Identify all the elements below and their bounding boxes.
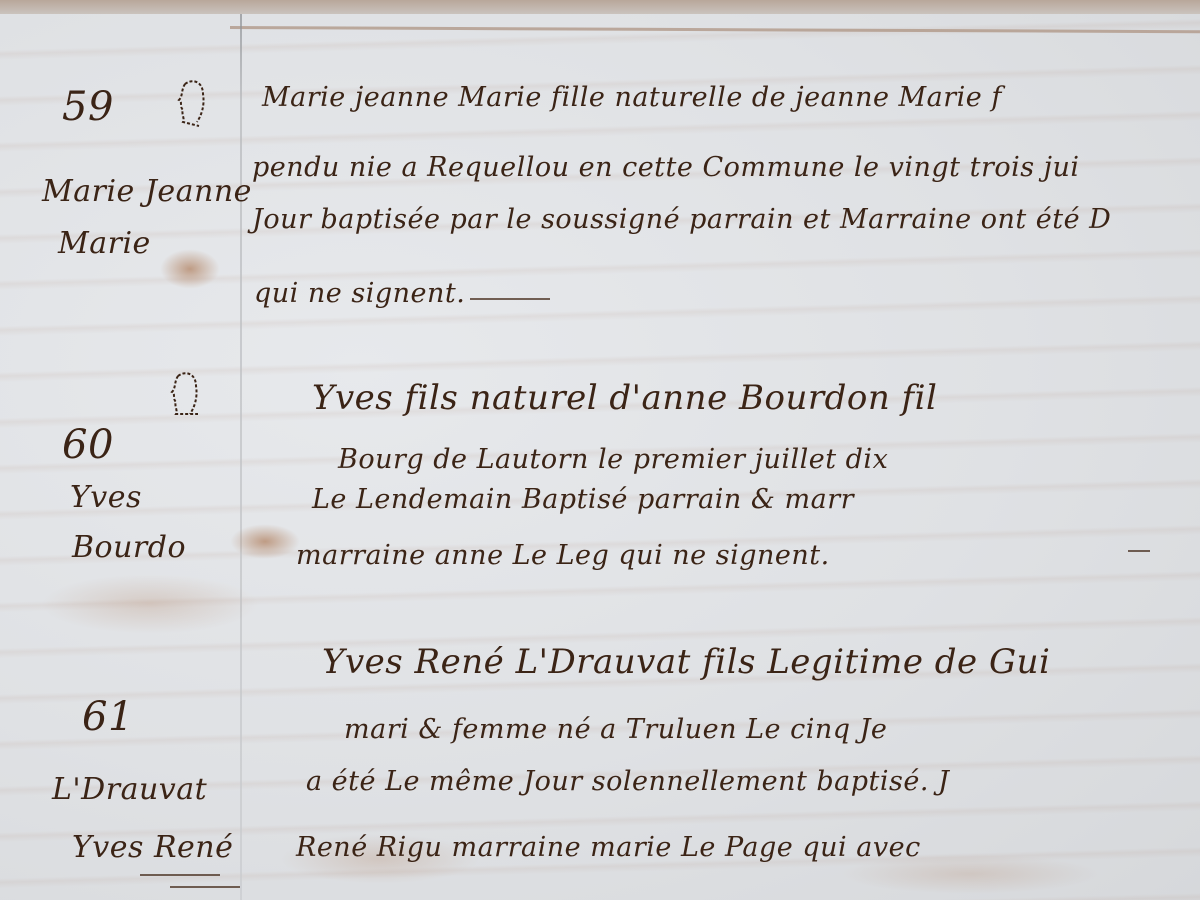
entry-line: Yves René L'Drauvat fils Legitime de Gui — [322, 642, 1050, 682]
entry-line: marraine anne Le Leg qui ne signent. — [296, 540, 830, 571]
entry-line: Bourg de Lautorn le premier juillet dix — [338, 444, 888, 475]
entry-line: qui ne signent. — [254, 278, 465, 309]
margin-name: L'Drauvat — [52, 772, 207, 807]
entry-line: Yves fils naturel d'anne Bourdon fil — [312, 378, 937, 418]
margin-name: Marie Jeanne — [42, 174, 252, 209]
margin-line — [240, 14, 242, 900]
profile-head-stamp-icon — [165, 76, 207, 146]
margin-rule — [170, 886, 240, 888]
entry-number: 59 — [62, 84, 114, 130]
margin-name: Yves — [70, 480, 142, 515]
entry-line: Marie jeanne Marie fille naturelle de je… — [262, 82, 1002, 113]
entry-line: Le Lendemain Baptisé parrain & marr — [312, 484, 854, 515]
profile-head-stamp-icon — [158, 368, 200, 438]
entry-line: Jour baptisée par le soussigné parrain e… — [252, 204, 1111, 235]
entry-number: 60 — [62, 422, 114, 468]
margin-name: Marie — [58, 226, 151, 261]
facing-page-edge — [230, 26, 1200, 33]
entry-line: a été Le même Jour solennellement baptis… — [306, 766, 949, 797]
entry-line: pendu nie a Requellou en cette Commune l… — [252, 152, 1080, 183]
end-rule — [1128, 550, 1150, 552]
ink-stain — [230, 524, 300, 559]
entry-number: 61 — [82, 694, 134, 740]
register-page: 59 Marie Jeanne Marie Marie jeanne Marie… — [0, 14, 1200, 900]
entry-line: mari & femme né a Truluen Le cinq Je — [344, 714, 887, 745]
margin-name: Bourdo — [72, 530, 186, 565]
margin-rule — [140, 874, 220, 876]
end-rule — [470, 298, 550, 300]
foxing-stain — [40, 574, 260, 634]
margin-name: Yves René — [72, 830, 233, 865]
entry-line: René Rigu marraine marie Le Page qui ave… — [296, 832, 921, 863]
ink-stain — [160, 249, 220, 289]
